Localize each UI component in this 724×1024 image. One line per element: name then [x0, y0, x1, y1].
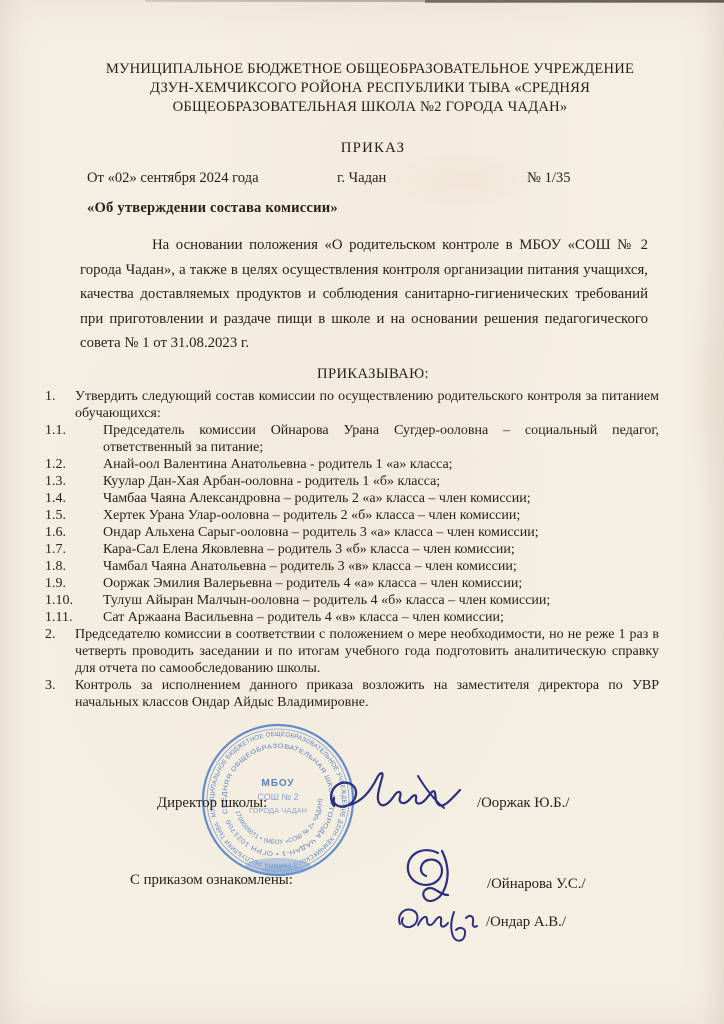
scan-smudge [688, 260, 724, 520]
item-number: 1. [45, 388, 75, 405]
director-name: /Ооржак Ю.Б./ [477, 795, 570, 812]
order-subitem-1-3: 1.3. Куулар Дан-Хая Арбан-ооловна - роди… [45, 473, 659, 490]
acknowledgement-label: С приказом ознакомлены: [130, 872, 293, 889]
subitem-text: Ондар Альхена Сарыг-ооловна – родитель 3… [103, 524, 659, 541]
subitem-number: 1.7. [45, 541, 103, 558]
stamp-center-line1: МБОУ [261, 778, 294, 789]
subitem-text: Анай-оол Валентина Анатольевна - родител… [103, 456, 659, 473]
order-place: г. Чадан [337, 170, 386, 187]
order-subitem-1-5: 1.5. Хертек Урана Улар-ооловна – родител… [45, 507, 659, 524]
subitem-number: 1.2. [45, 456, 103, 473]
director-signature-label: Директор школы: [157, 795, 267, 812]
order-subitem-1-6: 1.6. Ондар Альхена Сарыг-ооловна – родит… [45, 524, 659, 541]
order-subject: «Об утверждении состава комиссии» [87, 200, 338, 217]
subitem-text: Куулар Дан-Хая Арбан-ооловна - родитель … [103, 473, 659, 490]
subitem-number: 1.4. [45, 490, 103, 507]
item-text: Утвердить следующий состав комиссии по о… [75, 388, 659, 422]
subitem-text: Ооржак Эмилия Валерьевна – родитель 4 «а… [103, 575, 659, 592]
subitem-number: 1.6. [45, 524, 103, 541]
order-subitem-1-2: 1.2. Анай-оол Валентина Анатольевна - ро… [45, 456, 659, 473]
subitem-text: Хертек Урана Улар-ооловна – родитель 2 «… [103, 507, 659, 524]
scan-smudge [390, 150, 540, 210]
order-subitem-1-10: 1.10. Тулуш Айыран Малчын-ооловна – роди… [45, 592, 659, 609]
order-subitem-1-8: 1.8. Чамбал Чаяна Анатольевна – родитель… [45, 558, 659, 575]
subitem-number: 1.3. [45, 473, 103, 490]
scan-edge-artifact [425, 0, 724, 3]
item-text: Контроль за исполнением данного приказа … [75, 677, 659, 711]
order-date: От «02» сентября 2024 года [87, 170, 259, 187]
subitem-number: 1.1. [45, 422, 103, 439]
subitem-number: 1.5. [45, 507, 103, 524]
order-subitem-1-7: 1.7. Кара-Сал Елена Яковлевна – родитель… [45, 541, 659, 558]
subitem-number: 1.8. [45, 558, 103, 575]
ack-name-oinarova: /Ойнарова У.С./ [487, 876, 586, 893]
subitem-text: Сат Аржаана Васильевна – родитель 4 «в» … [103, 609, 659, 626]
document-type-title: ПРИКАЗ [22, 140, 724, 157]
order-number: № 1/35 [527, 170, 571, 187]
subitem-number: 1.11. [45, 609, 103, 626]
item-number: 2. [45, 626, 75, 643]
subitem-text: Тулуш Айыран Малчын-ооловна – родитель 4… [103, 592, 659, 609]
resolution-heading: ПРИКАЗЫВАЮ: [22, 366, 724, 383]
subitem-text: Чамбал Чаяна Анатольевна – родитель 3 «в… [103, 558, 659, 575]
subitem-number: 1.10. [45, 592, 103, 609]
item-text: Председателю комиссии в соответствии с п… [75, 626, 659, 677]
subitem-text: Чамбаа Чаяна Александровна – родитель 2 … [103, 490, 659, 507]
subitem-text: Председатель комиссии Ойнарова Урана Суг… [103, 422, 659, 456]
order-items-list: 1. Утвердить следующий состав комиссии п… [45, 388, 659, 711]
preamble-paragraph: На основании положения «О родительском к… [80, 233, 648, 356]
org-line: МУНИЦИПАЛЬНОЕ БЮДЖЕТНОЕ ОБЩЕОБРАЗОВАТЕЛЬ… [50, 60, 690, 79]
organization-header: МУНИЦИПАЛЬНОЕ БЮДЖЕТНОЕ ОБЩЕОБРАЗОВАТЕЛЬ… [50, 60, 690, 118]
director-signature-handwriting [320, 768, 465, 824]
order-subitem-1-11: 1.11. Сат Аржаана Васильевна – родитель … [45, 609, 659, 626]
ack-name-ondar: /Ондар А.В./ [486, 914, 566, 931]
ack-signature-ondar-handwriting [386, 898, 478, 944]
org-line: ОБЩЕОБРАЗОВАТЕЛЬНАЯ ШКОЛА №2 ГОРОДА ЧАДА… [50, 98, 690, 117]
order-subitem-1-4: 1.4. Чамбаа Чаяна Александровна – родите… [45, 490, 659, 507]
order-item-2: 2. Председателю комиссии в соответствии … [45, 626, 659, 677]
order-item-1: 1. Утвердить следующий состав комиссии п… [45, 388, 659, 422]
subitem-number: 1.9. [45, 575, 103, 592]
order-subitem-1-1: 1.1. Председатель комиссии Ойнарова Уран… [45, 422, 659, 456]
order-item-3: 3. Контроль за исполнением данного прика… [45, 677, 659, 711]
subitem-text: Кара-Сал Елена Яковлевна – родитель 3 «б… [103, 541, 659, 558]
org-line: ДЗУН-ХЕМЧИКСОГО РОЙОНА РЕСПУБЛИКИ ТЫВА «… [50, 79, 690, 98]
scanned-order-document: МУНИЦИПАЛЬНОЕ БЮДЖЕТНОЕ ОБЩЕОБРАЗОВАТЕЛЬ… [0, 0, 724, 1024]
order-subitem-1-9: 1.9. Ооржак Эмилия Валерьевна – родитель… [45, 575, 659, 592]
item-number: 3. [45, 677, 75, 694]
